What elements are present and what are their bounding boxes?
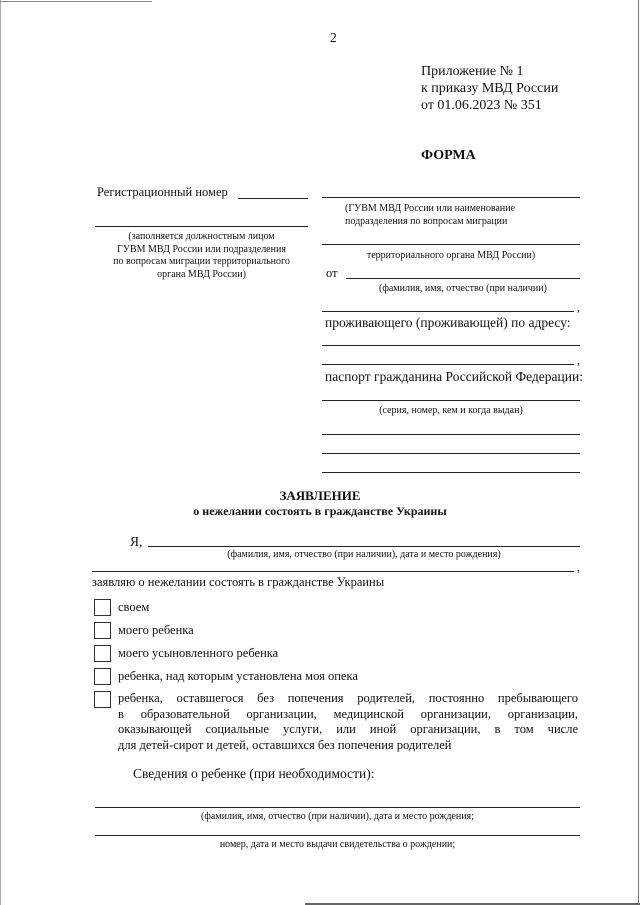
applicant-full-name-field-2[interactable] — [92, 571, 574, 572]
appendix-heading: Приложение № 1 к приказу МВД России от 0… — [421, 63, 558, 114]
passport-field-4[interactable] — [322, 472, 580, 473]
checkbox-self[interactable] — [94, 599, 111, 616]
child-name-hint: (фамилия, имя, отчество (при наличии), д… — [95, 810, 580, 823]
declare-text: заявляю о нежелании состоять в гражданст… — [92, 575, 384, 590]
passport-hint: (серия, номер, кем и когда выдан) — [322, 404, 580, 417]
address-field-1[interactable] — [322, 345, 580, 346]
checkbox-label-self: своем — [118, 600, 149, 615]
registration-note-line: ГУВМ МВД России или подразделения — [95, 244, 308, 257]
page-edge-right — [638, 0, 639, 905]
checkbox-adopted-child[interactable] — [94, 645, 111, 662]
appendix-line-2: к приказу МВД России — [421, 80, 558, 97]
registration-label: Регистрационный номер — [97, 185, 228, 200]
option-text-line: оказывающей социальные услуги, или иной … — [118, 722, 578, 738]
registration-note-line: органа МВД России) — [95, 269, 308, 282]
applicant-full-name-hint: (фамилия, имя, отчество (при наличии), д… — [148, 548, 580, 561]
page-edge-left — [0, 0, 1, 905]
i-label: Я, — [130, 534, 142, 550]
applicant-name-field[interactable] — [346, 278, 580, 279]
registration-note-line: по вопросам миграции территориального — [95, 256, 308, 269]
appendix-line-1: Приложение № 1 — [421, 63, 558, 80]
addressee-field-2[interactable] — [322, 244, 580, 245]
child-info-label: Сведения о ребенке (при необходимости): — [133, 766, 374, 782]
from-label: от — [326, 266, 338, 281]
addressee-hint-line-3: территориального органа МВД России) — [322, 249, 580, 262]
addressee-hint-line: подразделения по вопросам миграции — [345, 215, 515, 228]
comma: , — [577, 353, 580, 368]
page-number: 2 — [330, 30, 337, 46]
comma: , — [577, 560, 580, 575]
applicant-full-name-field[interactable] — [148, 546, 580, 547]
address-field-2[interactable] — [322, 364, 574, 365]
applicant-name-field-2[interactable] — [322, 311, 574, 312]
page-edge-top — [0, 1, 152, 2]
option-text-line: для детей-сирот и детей, оставшихся без … — [118, 738, 578, 754]
option-text-line: ребенка, оставшегося без попечения родит… — [118, 691, 578, 707]
address-label: проживающего (проживающей) по адресу: — [325, 315, 571, 331]
form-title: ФОРМА — [421, 148, 476, 164]
addressee-field-1[interactable] — [322, 197, 580, 198]
appendix-line-3: от 01.06.2023 № 351 — [421, 97, 558, 114]
addressee-hint-line: (ГУВМ МВД России или наименование — [345, 202, 515, 215]
registration-official-field[interactable] — [95, 226, 308, 227]
statement-subtitle: о нежелании состоять в гражданстве Украи… — [0, 504, 640, 519]
registration-note-line: (заполняется должностным лицом — [95, 231, 308, 244]
addressee-hint: (ГУВМ МВД России или наименование подраз… — [345, 202, 515, 228]
statement-title: ЗАЯВЛЕНИЕ — [0, 488, 640, 504]
checkbox-label-orphan-child: ребенка, оставшегося без попечения родит… — [118, 691, 578, 753]
passport-label: паспорт гражданина Российской Федерации: — [325, 369, 583, 385]
checkbox-label-ward-child: ребенка, над которым установлена моя опе… — [118, 669, 358, 684]
checkbox-ward-child[interactable] — [94, 668, 111, 685]
checkbox-orphan-child[interactable] — [94, 691, 111, 708]
checkbox-my-child[interactable] — [94, 622, 111, 639]
checkbox-label-my-child: моего ребенка — [118, 623, 194, 638]
applicant-name-hint: (фамилия, имя, отчество (при наличии) — [346, 282, 580, 295]
registration-note: (заполняется должностным лицом ГУВМ МВД … — [95, 231, 308, 281]
passport-field-3[interactable] — [322, 453, 580, 454]
checkbox-label-adopted-child: моего усыновленного ребенка — [118, 646, 278, 661]
child-name-field[interactable] — [95, 807, 580, 808]
option-text-line: в образовательной организации, медицинск… — [118, 707, 578, 723]
passport-field[interactable] — [322, 400, 580, 401]
comma: , — [577, 300, 580, 315]
birth-certificate-field[interactable] — [95, 835, 580, 836]
registration-number-field[interactable] — [238, 198, 308, 199]
birth-certificate-hint: номер, дата и место выдачи свидетельства… — [95, 838, 580, 851]
passport-field-2[interactable] — [322, 434, 580, 435]
